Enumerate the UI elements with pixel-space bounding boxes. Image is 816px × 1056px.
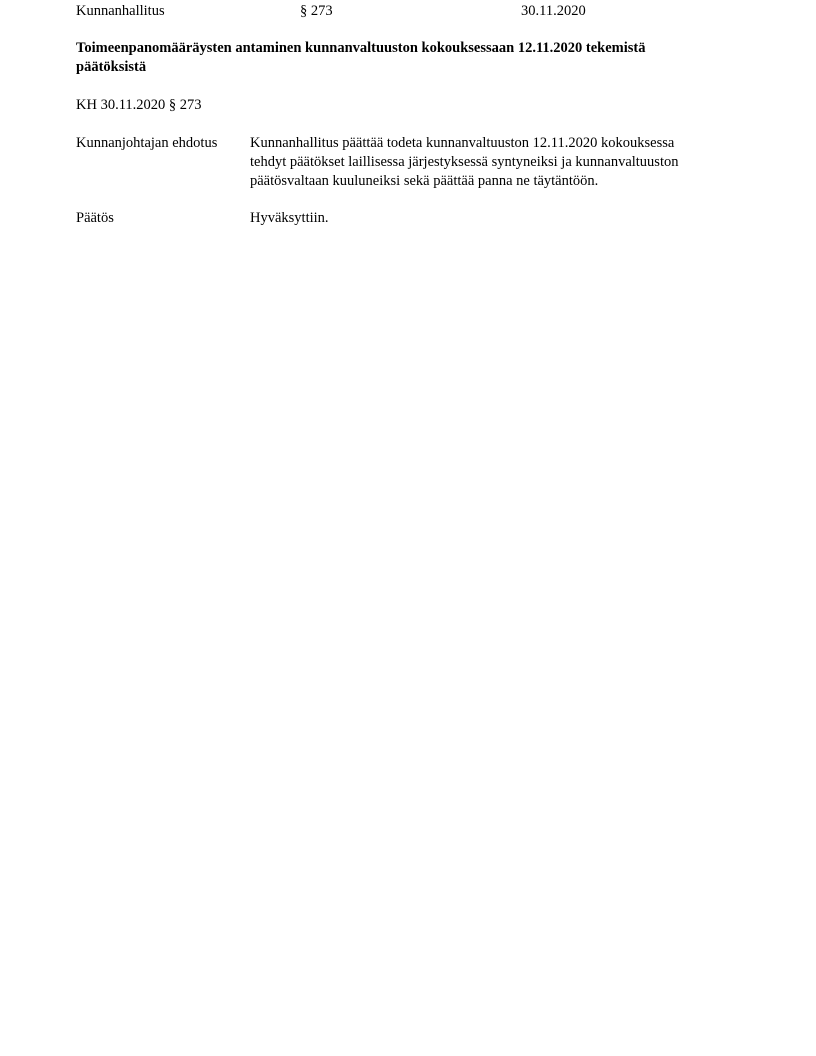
decision-text: Hyväksyttiin. (250, 209, 730, 228)
proposal-text: Kunnanhallitus päättää todeta kunnanvalt… (250, 134, 730, 191)
decision-label: Päätös (76, 209, 114, 228)
meeting-reference: KH 30.11.2020 § 273 (76, 96, 202, 115)
proposal-line: tehdyt päätökset laillisessa järjestykse… (250, 153, 730, 172)
proposal-line: Kunnanhallitus päättää todeta kunnanvalt… (250, 134, 730, 153)
proposal-label: Kunnanjohtajan ehdotus (76, 134, 217, 153)
title-line: päätöksistä (76, 58, 736, 77)
proposal-line: päätösvaltaan kuuluneiksi sekä päättää p… (250, 172, 730, 191)
header-date: 30.11.2020 (521, 2, 586, 21)
title-line: Toimeenpanomääräysten antaminen kunnanva… (76, 39, 736, 58)
decision-line: Hyväksyttiin. (250, 209, 730, 228)
document-title: Toimeenpanomääräysten antaminen kunnanva… (76, 39, 736, 77)
header-body-name: Kunnanhallitus (76, 2, 165, 21)
header-section-number: § 273 (300, 2, 333, 21)
